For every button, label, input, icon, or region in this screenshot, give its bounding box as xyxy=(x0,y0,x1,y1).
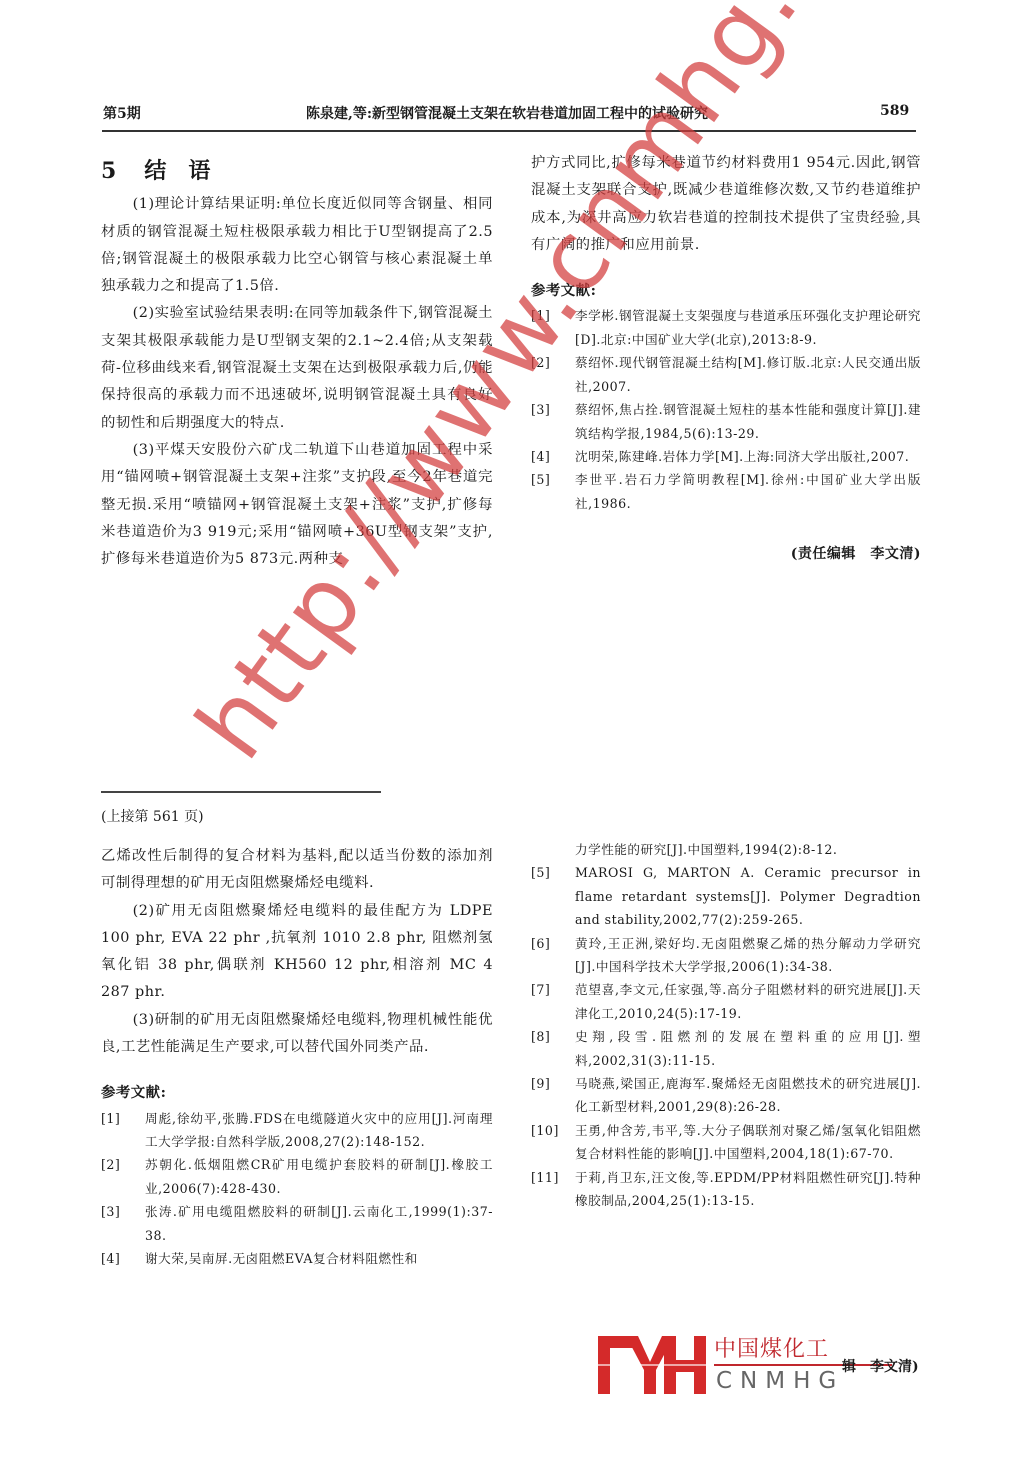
header-rule xyxy=(102,130,916,132)
lower-para-2: (2)矿用无卤阻燃聚烯烃电缆料的最佳配方为 LDPE 100 phr, EVA … xyxy=(101,898,493,1007)
mh-logo-icon xyxy=(598,1336,706,1394)
reference-number: [2] xyxy=(101,1153,145,1200)
reference-continuation: 力学性能的研究[J].中国塑料,1994(2):8-12. xyxy=(531,838,921,861)
references-list-bottom-left: [1]周彪,徐幼平,张腾.FDS在电缆隧道火灾中的应用[J].河南理工大学学报:… xyxy=(101,1107,493,1271)
reference-item: [2]蔡绍怀.现代钢管混凝土结构[M].修订版.北京:人民交通出版社,2007. xyxy=(531,351,921,398)
reference-text: 史翔,段雪.阻燃剂的发展在塑料重的应用[J].塑料,2002,31(3):11-… xyxy=(575,1025,921,1072)
conclusion-para-3: (3)平煤天安股份六矿戊二轨道下山巷道加固工程中采用“锚网喷+钢管混凝土支架+注… xyxy=(101,437,493,573)
reference-number: [9] xyxy=(531,1072,575,1119)
reference-number: [7] xyxy=(531,978,575,1025)
conclusion-para-1: (1)理论计算结果证明:单位长度近似同等含钢量、相同材质的钢管混凝土短柱极限承载… xyxy=(101,191,493,300)
reference-text: 蔡绍怀.现代钢管混凝土结构[M].修订版.北京:人民交通出版社,2007. xyxy=(575,351,921,398)
reference-number: [2] xyxy=(531,351,575,398)
reference-item: [7]范望喜,李文元,任家强,等.高分子阻燃材料的研究进展[J].天津化工,20… xyxy=(531,978,921,1025)
reference-item: [3]张涛.矿用电缆阻燃胶料的研制[J].云南化工,1999(1):37-38. xyxy=(101,1200,493,1247)
reference-item: [8]史翔,段雪.阻燃剂的发展在塑料重的应用[J].塑料,2002,31(3):… xyxy=(531,1025,921,1072)
section-heading: 5结 语 xyxy=(101,158,493,185)
reference-number: [8] xyxy=(531,1025,575,1072)
reference-item: [1]周彪,徐幼平,张腾.FDS在电缆隧道火灾中的应用[J].河南理工大学学报:… xyxy=(101,1107,493,1154)
responsible-editor-bottom: 辑 李文清) xyxy=(842,1356,919,1376)
reference-item: [5]MAROSI G, MARTON A. Ceramic precursor… xyxy=(531,861,921,931)
reference-text: 于莉,肖卫东,汪文俊,等.EPDM/PP材料阻燃性研究[J].特种橡胶制品,20… xyxy=(575,1166,921,1213)
reference-text: 马晓燕,梁国正,鹿海军.聚烯烃无卤阻燃技术的研究进展[J].化工新型材料,200… xyxy=(575,1072,921,1119)
reference-text: 王勇,仲含芳,韦平,等.大分子偶联剂对聚乙烯/氢氧化铝阻燃复合材料性能的影响[J… xyxy=(575,1119,921,1166)
reference-text: 蔡绍怀,焦占拴.钢管混凝土短柱的基本性能和强度计算[J].建筑结构学报,1984… xyxy=(575,398,921,445)
reference-text: 苏朝化.低烟阻燃CR矿用电缆护套胶料的研制[J].橡胶工业,2006(7):42… xyxy=(145,1153,493,1200)
reference-item: [10]王勇,仲含芳,韦平,等.大分子偶联剂对聚乙烯/氢氧化铝阻燃复合材料性能的… xyxy=(531,1119,921,1166)
reference-number: [4] xyxy=(101,1247,145,1270)
lower-article-text: 乙烯改性后制得的复合材料为基料,配以适当份数的添加剂可制得理想的矿用无卤阻燃聚烯… xyxy=(101,843,493,1271)
lower-para-3: (3)研制的矿用无卤阻燃聚烯烃电缆料,物理机械性能优良,工艺性能满足生产要求,可… xyxy=(101,1007,493,1062)
reference-item: [5]李世平.岩石力学简明教程[M].徐州:中国矿业大学出版社,1986. xyxy=(531,468,921,515)
references-heading-bottom: 参考文献: xyxy=(101,1079,493,1106)
reference-text: 李世平.岩石力学简明教程[M].徐州:中国矿业大学出版社,1986. xyxy=(575,468,921,515)
reference-number: [3] xyxy=(531,398,575,445)
reference-number: [1] xyxy=(101,1107,145,1154)
references-list-bottom-right: [5]MAROSI G, MARTON A. Ceramic precursor… xyxy=(531,861,921,1212)
page-number: 589 xyxy=(880,103,909,119)
cnmhg-logo: 中国煤化工 CNMHG 辑 李文清) xyxy=(598,1332,928,1402)
reference-item: [3]蔡绍怀,焦占拴.钢管混凝土短柱的基本性能和强度计算[J].建筑结构学报,1… xyxy=(531,398,921,445)
conclusion-continued: 护方式同比,扩修每米巷道节约材料费用1 954元.因此,钢管混凝土支架联合支护,… xyxy=(531,150,921,568)
article-separator xyxy=(101,791,381,793)
responsible-editor-top: (责任编辑 李文清) xyxy=(531,541,921,568)
conclusion-para-2: (2)实验室试验结果表明:在同等加载条件下,钢管混凝土支架其极限承载能力是U型钢… xyxy=(101,300,493,436)
references-list-top: [1]李学彬.钢管混凝土支架强度与巷道承压环强化支护理论研究[D].北京:中国矿… xyxy=(531,304,921,515)
section-number: 5 xyxy=(101,158,116,185)
reference-number: [4] xyxy=(531,445,575,468)
conclusion-para-3-cont: 护方式同比,扩修每米巷道节约材料费用1 954元.因此,钢管混凝土支架联合支护,… xyxy=(531,150,921,259)
logo-chinese-text: 中国煤化工 xyxy=(714,1332,829,1363)
reference-text: 谢大荣,吴南屏.无卤阻燃EVA复合材料阻燃性和 xyxy=(145,1247,493,1270)
reference-number: [10] xyxy=(531,1119,575,1166)
reference-item: [4]谢大荣,吴南屏.无卤阻燃EVA复合材料阻燃性和 xyxy=(101,1247,493,1270)
references-bottom-right: 力学性能的研究[J].中国塑料,1994(2):8-12. [5]MAROSI … xyxy=(531,838,921,1213)
references-heading-top: 参考文献: xyxy=(531,277,921,304)
reference-item: [11]于莉,肖卫东,汪文俊,等.EPDM/PP材料阻燃性研究[J].特种橡胶制… xyxy=(531,1166,921,1213)
reference-item: [4]沈明荣,陈建峰.岩体力学[M].上海:同济大学出版社,2007. xyxy=(531,445,921,468)
reference-number: [6] xyxy=(531,932,575,979)
reference-number: [5] xyxy=(531,468,575,515)
reference-text: 范望喜,李文元,任家强,等.高分子阻燃材料的研究进展[J].天津化工,2010,… xyxy=(575,978,921,1025)
continued-from-note: (上接第 561 页) xyxy=(101,806,204,826)
reference-text: MAROSI G, MARTON A. Ceramic precursor in… xyxy=(575,861,921,931)
reference-item: [6]黄玲,王正洲,梁好均.无卤阻燃聚乙烯的热分解动力学研究[J].中国科学技术… xyxy=(531,932,921,979)
journal-issue: 第5期 xyxy=(103,103,141,123)
reference-text: 沈明荣,陈建峰.岩体力学[M].上海:同济大学出版社,2007. xyxy=(575,445,921,468)
reference-item: [1]李学彬.钢管混凝土支架强度与巷道承压环强化支护理论研究[D].北京:中国矿… xyxy=(531,304,921,351)
reference-item: [9]马晓燕,梁国正,鹿海军.聚烯烃无卤阻燃技术的研究进展[J].化工新型材料,… xyxy=(531,1072,921,1119)
reference-number: [11] xyxy=(531,1166,575,1213)
section-title: 结 语 xyxy=(144,158,210,185)
reference-text: 黄玲,王正洲,梁好均.无卤阻燃聚乙烯的热分解动力学研究[J].中国科学技术大学学… xyxy=(575,932,921,979)
lower-para-1: 乙烯改性后制得的复合材料为基料,配以适当份数的添加剂可制得理想的矿用无卤阻燃聚烯… xyxy=(101,843,493,898)
conclusion-section: 5结 语 (1)理论计算结果证明:单位长度近似同等含钢量、相同材质的钢管混凝土短… xyxy=(101,158,493,573)
reference-number: [3] xyxy=(101,1200,145,1247)
reference-text: 李学彬.钢管混凝土支架强度与巷道承压环强化支护理论研究[D].北京:中国矿业大学… xyxy=(575,304,921,351)
reference-item: [2]苏朝化.低烟阻燃CR矿用电缆护套胶料的研制[J].橡胶工业,2006(7)… xyxy=(101,1153,493,1200)
running-title: 陈泉建,等:新型钢管混凝土支架在软岩巷道加固工程中的试验研究 xyxy=(306,103,708,123)
reference-text: 周彪,徐幼平,张腾.FDS在电缆隧道火灾中的应用[J].河南理工大学学报:自然科… xyxy=(145,1107,493,1154)
reference-text: 张涛.矿用电缆阻燃胶料的研制[J].云南化工,1999(1):37-38. xyxy=(145,1200,493,1247)
logo-english-text: CNMHG xyxy=(716,1368,844,1394)
reference-number: [1] xyxy=(531,304,575,351)
reference-number: [5] xyxy=(531,861,575,931)
